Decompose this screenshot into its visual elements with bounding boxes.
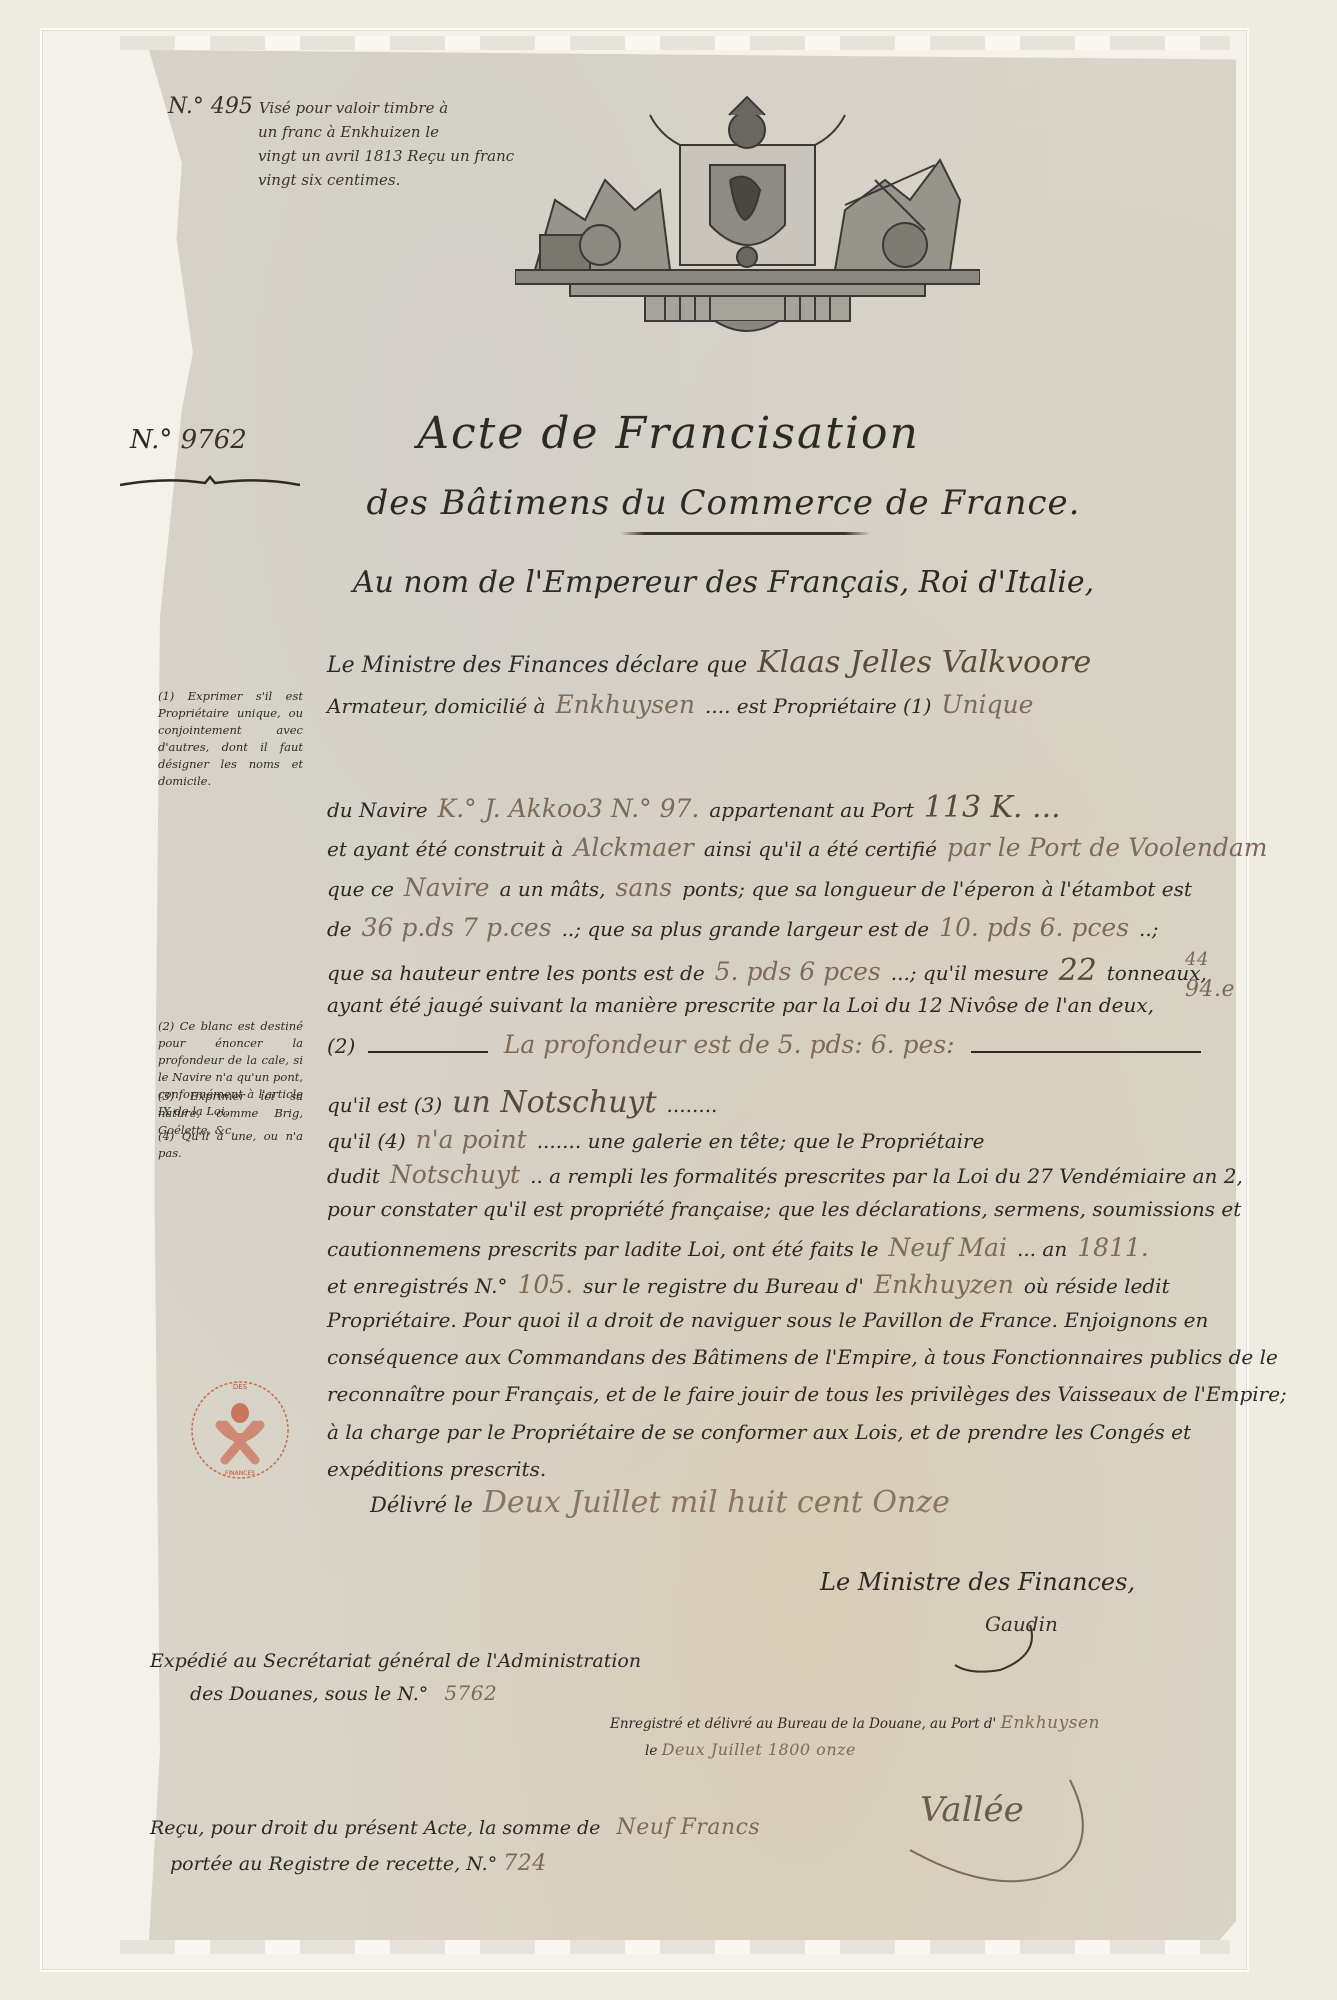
ship-name: K.° J. Akkoo3 N.° 97.: [438, 794, 700, 823]
port-number: 113 K. ...: [924, 790, 1061, 825]
body-line-6: de36 p.ds 7 p.ces..; que sa plus grande …: [327, 913, 1159, 942]
register-number: 105.: [517, 1270, 573, 1299]
body-line-7: que sa hauteur entre les ponts est de5. …: [327, 953, 1207, 988]
delivery-date: Deux Juillet mil huit cent Onze: [483, 1485, 950, 1520]
body-line-16: Propriétaire. Pour quoi il a droit de na…: [327, 1308, 1208, 1332]
margin-note-4: (4) Qu'il a une, ou n'a pas.: [158, 1128, 303, 1162]
enregistre-date: Deux Juillet 1800 onze: [662, 1740, 856, 1759]
enregistre-port: Enkhuysen: [1001, 1713, 1100, 1733]
body-line-12: duditNotschuyt.. a rempli les formalités…: [327, 1160, 1243, 1189]
body-line-13: pour constater qu'il est propriété franç…: [327, 1197, 1241, 1221]
body-line-20: expéditions prescrits.: [327, 1457, 546, 1481]
body-line-4: et ayant été construit àAlckmaerainsi qu…: [327, 833, 1277, 862]
body-line-1: Le Ministre des Finances déclare queKlaa…: [327, 645, 1101, 680]
tonnage: 22: [1059, 953, 1097, 988]
declaration-date: Neuf Mai: [888, 1233, 1006, 1262]
top-left-annotation: N.° 495Visé pour valoir timbre à un fran…: [168, 95, 514, 192]
expedie-note: Expédié au Secrétariat général de l'Admi…: [150, 1645, 641, 1710]
signature-flourish-icon: [950, 1620, 1040, 1680]
customs-flourish-icon: [890, 1770, 1120, 1900]
minister-title: Le Ministre des Finances,: [820, 1568, 1135, 1596]
mounting-tabs-top: [120, 36, 1230, 50]
svg-text:FINANCES: FINANCES: [225, 1470, 255, 1477]
declaration-year: 1811.: [1077, 1233, 1149, 1262]
body-line-11: qu'il (4)n'a point....... une galerie en…: [327, 1125, 984, 1154]
svg-text:DES: DES: [233, 1383, 248, 1391]
receipt-number: 724: [503, 1851, 547, 1876]
construction-place: Alckmaer: [573, 833, 694, 862]
body-line-15: et enregistrés N.°105.sur le registre du…: [327, 1270, 1170, 1299]
body-line-17: conséquence aux Commandans des Bâtimens …: [327, 1345, 1278, 1369]
owner-name: Klaas Jelles Valkvoore: [757, 645, 1091, 680]
hold-depth: La profondeur est de 5. pds: 6. pes:: [504, 1030, 955, 1059]
body-line-3: du NavireK.° J. Akkoo3 N.° 97.appartenan…: [327, 790, 1071, 825]
delivery-line: Délivré leDeux Juillet mil huit cent Onz…: [370, 1485, 960, 1520]
enregistration-note: Enregistré et délivré au Bureau de la Do…: [610, 1710, 1100, 1764]
ship-width: 10. pds 6. pces: [939, 913, 1129, 942]
body-line-5: que ceNavirea un mâts,sansponts; que sa …: [327, 873, 1192, 902]
ship-length: 36 p.ds 7 p.ces: [362, 913, 552, 942]
body-line-19: à la charge par le Propriétaire de se co…: [327, 1420, 1191, 1444]
gallery-status: n'a point: [416, 1125, 527, 1154]
expedie-number: 5762: [444, 1681, 497, 1705]
owner-domicile: Enkhuysen: [555, 690, 695, 719]
annotation-number: N.° 495: [168, 94, 253, 119]
mounting-tabs-bottom: [120, 1940, 1230, 1954]
receipt-note: Reçu, pour droit du présent Acte, la som…: [150, 1810, 760, 1882]
title-divider: [620, 532, 870, 535]
ship-height: 5. pds 6 pces: [715, 957, 881, 986]
body-line-14: cautionnemens prescrits par ladite Loi, …: [327, 1233, 1159, 1262]
body-line-8: ayant été jaugé suivant la manière presc…: [327, 993, 1154, 1017]
receipt-amount: Neuf Francs: [616, 1815, 760, 1840]
ownership-type: Unique: [941, 690, 1033, 719]
document-subtitle: des Bâtimens du Commerce de France.: [0, 483, 1337, 523]
invocation: Au nom de l'Empereur des Français, Roi d…: [0, 565, 1337, 600]
body-line-18: reconnaître pour Français, et de le fair…: [327, 1382, 1287, 1406]
ministry-stamp-icon: DES FINANCES: [185, 1375, 295, 1485]
body-line-9: (2) La profondeur est de 5. pds: 6. pes:: [327, 1030, 1187, 1059]
coat-of-arms-icon: [515, 85, 980, 335]
margin-note-1: (1) Exprimer s'il est Propriétaire uniqu…: [158, 688, 303, 790]
ship-type: un Notschuyt: [452, 1085, 656, 1120]
body-line-2: Armateur, domicilié àEnkhuysen.... est P…: [327, 690, 1043, 719]
document-title: Acte de Francisation: [0, 408, 1337, 459]
bureau-place: Enkhuyzen: [874, 1270, 1014, 1299]
body-line-10: qu'il est (3)un Notschuyt........: [327, 1085, 717, 1120]
tonnage-annotation: 44 94.e: [1185, 945, 1235, 1005]
